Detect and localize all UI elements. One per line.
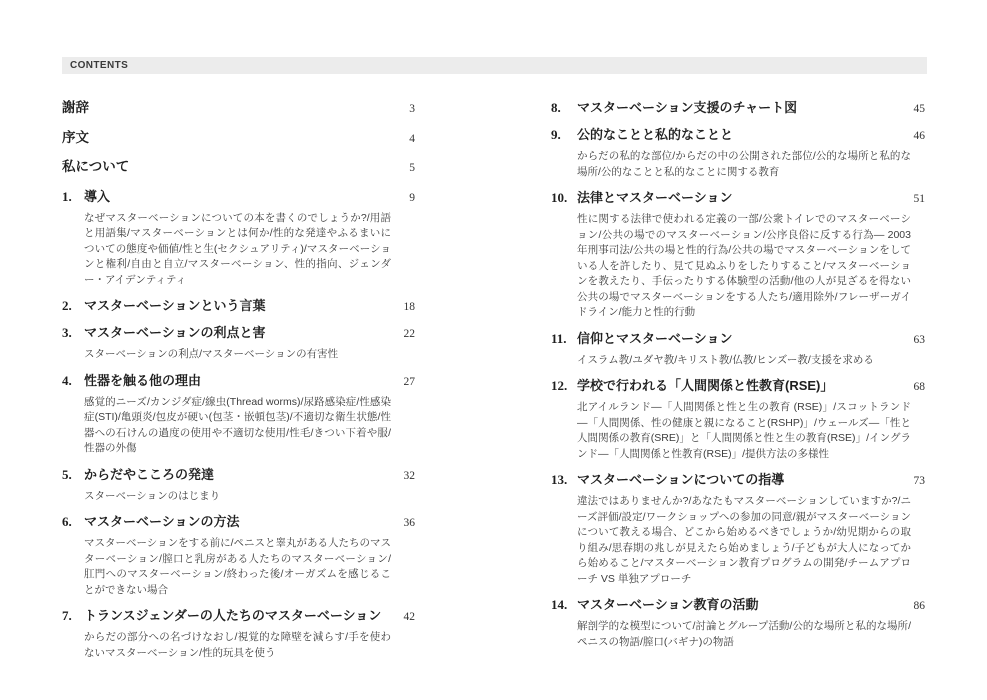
page-number: 45 [914, 101, 926, 117]
page-number: 46 [914, 128, 926, 144]
chapter-title: 法律とマスターベーション [577, 190, 906, 206]
front-matter-title: 序文 [62, 130, 401, 146]
page-number: 36 [404, 515, 416, 531]
chapter-description: 違法ではありませんか?/あなたもマスターベーションしていますか?/ニーズ評価/設… [577, 494, 911, 587]
chapter-number: 10. [551, 190, 577, 206]
front-matter-row: 序文 4 [62, 130, 415, 147]
toc-entry: 11. 信仰とマスターベーション 63 イスラム教/ユダヤ教/キリスト教/仏教/… [551, 331, 925, 369]
page-number: 86 [914, 598, 926, 614]
chapter-title: マスターベーションの利点と害 [84, 325, 396, 341]
chapter-number: 2. [62, 298, 84, 314]
chapter-number: 8. [551, 100, 577, 116]
chapter-title: 学校で行われる「人間関係と性教育(RSE)」 [577, 378, 906, 394]
toc-entry-row: 3. マスターベーションの利点と害 22 [62, 325, 415, 342]
chapter-description: 感覚的ニーズ/カンジダ症/線虫(Thread worms)/尿路感染症/性感染症… [84, 395, 391, 457]
toc-entry: 14. マスターベーション教育の活動 86 解剖学的な模型について/討論とグルー… [551, 597, 925, 650]
chapter-description: 性に関する法律で使われる定義の一部/公衆トイレでのマスターベーション/公共の場で… [577, 212, 911, 321]
book-toc-page: CONTENTS 謝辞 3 序文 4 私について 5 1. 導入 9 なぜマスタ… [0, 0, 987, 700]
chapter-title: 信仰とマスターベーション [577, 331, 906, 347]
chapter-title: マスターベーション支援のチャート図 [577, 100, 906, 116]
toc-left-column: 謝辞 3 序文 4 私について 5 1. 導入 9 なぜマスターベーションについ… [62, 100, 415, 671]
chapter-number: 12. [551, 378, 577, 394]
page-number: 22 [404, 326, 416, 342]
toc-entry-row: 6. マスターベーションの方法 36 [62, 514, 415, 531]
page-number: 9 [409, 190, 415, 206]
front-matter-row: 私について 5 [62, 159, 415, 176]
contents-label: CONTENTS [62, 60, 128, 71]
page-number: 73 [914, 473, 926, 489]
chapter-number: 6. [62, 514, 84, 530]
chapter-title: からだやこころの発達 [84, 467, 396, 483]
toc-entry-row: 14. マスターベーション教育の活動 86 [551, 597, 925, 614]
page-number: 32 [404, 468, 416, 484]
chapter-description: マスターベーションをする前に/ペニスと睾丸がある人たちのマスターベーション/膣口… [84, 536, 391, 598]
chapter-title: 公的なことと私的なことと [577, 127, 906, 143]
toc-entry: 8. マスターベーション支援のチャート図 45 [551, 100, 925, 117]
chapter-number: 4. [62, 373, 84, 389]
toc-entry: 4. 性器を触る他の理由 27 感覚的ニーズ/カンジダ症/線虫(Thread w… [62, 373, 415, 457]
chapter-description: なぜマスターベーションについての本を書くのでしょうか?/用語と用語集/マスターベ… [84, 211, 391, 289]
chapter-description: イスラム教/ユダヤ教/キリスト教/仏教/ヒンズー教/支援を求める [577, 353, 911, 369]
chapter-title: マスターベーション教育の活動 [577, 597, 906, 613]
page-number: 63 [914, 332, 926, 348]
toc-entry-row: 10. 法律とマスターベーション 51 [551, 190, 925, 207]
toc-entry-row: 1. 導入 9 [62, 189, 415, 206]
chapter-number: 1. [62, 189, 84, 205]
toc-entry: 2. マスターベーションという言葉 18 [62, 298, 415, 315]
page-number: 51 [914, 191, 926, 207]
chapter-number: 11. [551, 331, 577, 347]
chapter-description: スターベーションのはじまり [84, 489, 391, 505]
toc-entry-row: 7. トランスジェンダーの人たちのマスターベーション 42 [62, 608, 415, 625]
chapter-description: スターベーションの利点/マスターベーションの有害性 [84, 347, 391, 363]
chapter-number: 14. [551, 597, 577, 613]
chapter-title: マスターベーションという言葉 [84, 298, 396, 314]
toc-entry-row: 9. 公的なことと私的なことと 46 [551, 127, 925, 144]
chapter-description: 北アイルランド―「人間関係と性と生の教育 (RSE)」/スコットランド―「人間関… [577, 400, 911, 462]
chapter-number: 3. [62, 325, 84, 341]
toc-entry-row: 12. 学校で行われる「人間関係と性教育(RSE)」 68 [551, 378, 925, 395]
toc-entry: 1. 導入 9 なぜマスターベーションについての本を書くのでしょうか?/用語と用… [62, 189, 415, 289]
chapter-description: からだの私的な部位/からだの中の公開された部位/公的な場所と私的な場所/公的なこ… [577, 149, 911, 180]
chapter-title: マスターベーションについての指導 [577, 472, 906, 488]
page-number: 5 [409, 160, 415, 176]
page-number: 18 [404, 299, 416, 315]
page-number: 27 [404, 374, 416, 390]
toc-entry-row: 11. 信仰とマスターベーション 63 [551, 331, 925, 348]
toc-entry: 3. マスターベーションの利点と害 22 スターベーションの利点/マスターベーシ… [62, 325, 415, 363]
chapter-title: 性器を触る他の理由 [84, 373, 396, 389]
page-number: 3 [409, 101, 415, 117]
toc-entry-row: 5. からだやこころの発達 32 [62, 467, 415, 484]
toc-entry: 12. 学校で行われる「人間関係と性教育(RSE)」 68 北アイルランド―「人… [551, 378, 925, 462]
toc-entry: 10. 法律とマスターベーション 51 性に関する法律で使われる定義の一部/公衆… [551, 190, 925, 321]
chapter-number: 9. [551, 127, 577, 143]
chapter-number: 5. [62, 467, 84, 483]
toc-entry: 5. からだやこころの発達 32 スターベーションのはじまり [62, 467, 415, 505]
chapter-number: 13. [551, 472, 577, 488]
toc-right-column: 8. マスターベーション支援のチャート図 45 9. 公的なことと私的なことと … [551, 100, 925, 660]
toc-entry: 9. 公的なことと私的なことと 46 からだの私的な部位/からだの中の公開された… [551, 127, 925, 180]
chapter-title: 導入 [84, 189, 401, 205]
front-matter-title: 謝辞 [62, 100, 401, 116]
chapter-number: 7. [62, 608, 84, 624]
chapter-title: トランスジェンダーの人たちのマスターベーション [84, 608, 396, 624]
page-number: 4 [409, 131, 415, 147]
toc-entry-row: 2. マスターベーションという言葉 18 [62, 298, 415, 315]
toc-entry: 7. トランスジェンダーの人たちのマスターベーション 42 からだの部分への名づ… [62, 608, 415, 661]
page-number: 42 [404, 609, 416, 625]
toc-entry-row: 8. マスターベーション支援のチャート図 45 [551, 100, 925, 117]
chapter-description: からだの部分への名づけなおし/視覚的な障壁を減らす/手を使わないマスターベーショ… [84, 630, 391, 661]
page-number: 68 [914, 379, 926, 395]
toc-entry: 6. マスターベーションの方法 36 マスターベーションをする前に/ペニスと睾丸… [62, 514, 415, 598]
toc-entry: 13. マスターベーションについての指導 73 違法ではありませんか?/あなたも… [551, 472, 925, 587]
chapter-description: 解剖学的な模型について/討論とグループ活動/公的な場所と私的な場所/ペニスの物語… [577, 619, 911, 650]
front-matter-row: 謝辞 3 [62, 100, 415, 117]
toc-entry-row: 13. マスターベーションについての指導 73 [551, 472, 925, 489]
chapter-title: マスターベーションの方法 [84, 514, 396, 530]
front-matter-title: 私について [62, 159, 401, 175]
toc-entry-row: 4. 性器を触る他の理由 27 [62, 373, 415, 390]
contents-header-bar: CONTENTS [62, 57, 927, 74]
